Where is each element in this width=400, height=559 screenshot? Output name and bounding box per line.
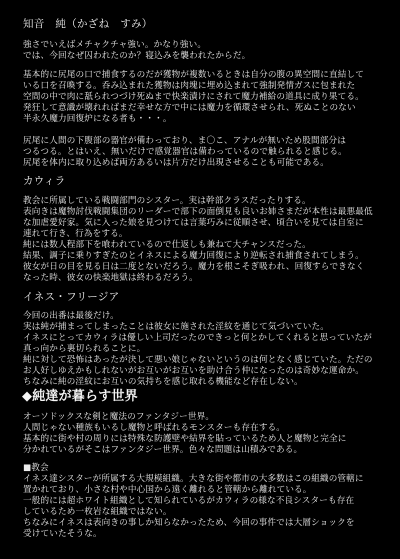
text-line: 基本的に街や村の周りには特殊な防護壁や結界を貼っているため人と魔物と完全に bbox=[23, 434, 347, 445]
character-heading-ines: イネス・フリージア bbox=[23, 291, 119, 304]
text-line: 一般的には超ホワイト組織として知られているがカウィラの様な不良シスターも存在 bbox=[23, 496, 354, 507]
church-heading: ■教会 bbox=[23, 463, 49, 474]
text-line: 置かれており、小さな村や中心国から遠く離れると管轄から離れている。 bbox=[23, 485, 312, 496]
text-line: 強さでいえばメチャクチャ強い。かなり強い。 bbox=[23, 40, 206, 51]
text-line: いる口を召喚する。呑み込まれた獲物は肉塊に埋め込まれて強制発情ガスに包まれた bbox=[23, 81, 355, 92]
text-line: イネスにとってカウィラは優しい上司だったのできっと何とかしてくれると思っていたが bbox=[23, 333, 372, 344]
text-line: 真っ向から裏切られることに。 bbox=[23, 344, 145, 355]
text-line: では、今回なぜ囚われたのか？寝込みを襲われたからだ。 bbox=[23, 51, 250, 62]
character-heading-kawira: カウィラ bbox=[23, 175, 66, 188]
text-line: 尻尾に人間の下腹部の器官が備わっており、ま〇こ、アナルが無いため股間部分は bbox=[23, 136, 346, 147]
text-line: な加虐愛好家。気に入った娘を見つけては言葉巧みに従順させ、頃合いを見ては自室に bbox=[23, 218, 364, 229]
text-line: 受けていたそうな。 bbox=[23, 529, 102, 540]
text-line: 尻尾を体内に取り込めば両方あるいは片方だけ出現させることも可能である。 bbox=[23, 158, 329, 169]
world-heading: ◆純達が暮らす世界 bbox=[22, 389, 138, 405]
text-line: 彼女が日の目を見る日は二度とないだろう。魔力を根こそぎ吸われ、回復すらできなく bbox=[23, 262, 364, 273]
text-line: 結果、調子に乗りすぎたのとイネスによる魔力回復により逆転され捕食されてしまう。 bbox=[23, 251, 364, 262]
text-line: ちなみに純の淫紋にお互いの気持ちを感じ取れる機能など存在しない。 bbox=[23, 377, 303, 388]
text-line: 半永久魔力回復炉になる者も・・・。 bbox=[23, 114, 172, 125]
text-line: 教会に所属している戦闘部門のシスター。実は幹部クラスだったりする。 bbox=[23, 196, 311, 207]
text-line: 空間の中で肉に舐られつづけ死ぬまで快楽漬けにされて魔力補給の道具に成り果てる。 bbox=[23, 92, 364, 103]
text-line: なった時、彼女の快楽地獄は終わるだろう。 bbox=[23, 273, 198, 284]
text-line: 人間じゃない種族もいるし魔物と呼ばれるモンスターも存在する。 bbox=[23, 423, 285, 434]
text-line: 今回の出番は最後だけ。 bbox=[23, 311, 119, 322]
text-line: イネス達シスターが所属する大規模組織。大きな街や都市の大多数はこの組織の管轄に bbox=[23, 474, 364, 485]
text-line: ちなみにイネスは表向きの事しか知らなかったため、今回の事件では大層ショックを bbox=[23, 518, 355, 529]
text-line: 純に対して恐怖はあったが決して悪い娘じゃないというのは何となく感じていた。ただの bbox=[23, 355, 373, 366]
text-line: 表向きは魔物討伐戦闘集団のリーダーで部下の面倒見も良いお姉さまだが本性は最悪最低 bbox=[23, 207, 373, 218]
text-line: 基本的に尻尾の口で捕食するのだが獲物が複数いるときは自分の腹の異空間に直結して bbox=[23, 70, 364, 81]
text-line: つるつる。とはいえ、無いだけで感覚器官は備わっているので触られると感じる。 bbox=[23, 147, 347, 158]
text-line: 分かれているがそこはファンタジー世界。色々な問題は山積みである。 bbox=[23, 445, 302, 456]
text-line: 純には数人程部下を喰われているので仕返しも兼ねて大チャンスだった。 bbox=[23, 240, 311, 251]
text-line: お人好しゆえかもしれないがお互いがお互いを助け合う仲になったのは奇妙な運命か。 bbox=[23, 366, 364, 377]
text-line: 連れて行き、行為をする。 bbox=[23, 229, 128, 240]
text-line: 発狂して意識が壊れればまだ幸せな方で中には魔力を循環させられ、死ぬことのない bbox=[23, 103, 356, 114]
character-heading-kazane: 知音 純（かざね すみ） bbox=[23, 18, 153, 31]
text-line: オーソドックスな剣と魔法のファンタジー世界。 bbox=[23, 412, 214, 423]
text-line: しているため一枚岩な組織ではない。 bbox=[23, 507, 172, 518]
text-line: 実は純が捕まってしまったことは彼女に施された淫紋を通じて気づいていた。 bbox=[23, 322, 329, 333]
